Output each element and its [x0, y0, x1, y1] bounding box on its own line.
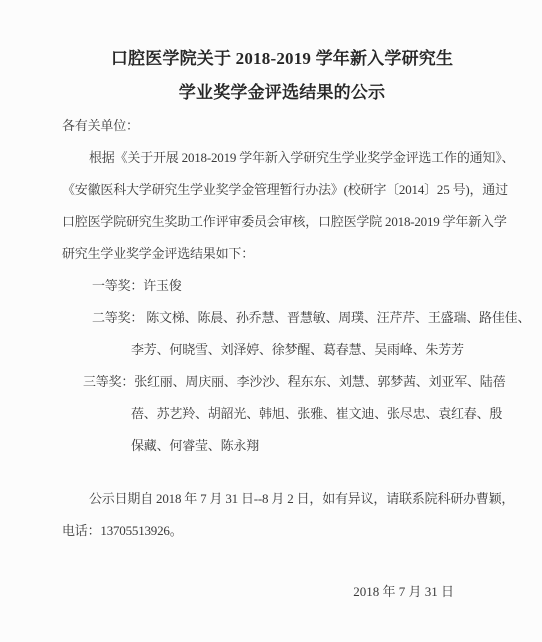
award-names-line: 保藏、何睿莹、陈永翔	[62, 430, 502, 462]
award-names-line: 蓓、苏艺羚、胡韶光、韩旭、张雅、崔文迪、张尽忠、袁红春、殷	[62, 398, 502, 430]
doc-title-line-2: 学业奖学金评选结果的公示	[62, 76, 502, 110]
doc-title-line-1: 口腔医学院关于 2018-2019 学年新入学研究生	[62, 42, 502, 76]
award-third-prize: 三等奖：张红丽、周庆丽、李沙沙、程东东、刘慧、郭梦茜、刘亚军、陆蓓 蓓、苏艺羚、…	[62, 366, 502, 462]
phone-line: 电话：13705513926。	[62, 515, 502, 547]
award-label: 三等奖：	[83, 374, 134, 389]
award-names-line: 张红丽、周庆丽、李沙沙、程东东、刘慧、郭梦茜、刘亚军、陆蓓	[134, 374, 505, 389]
award-names-line: 李芳、何晓雪、刘泽婷、徐梦醒、葛春慧、吴雨峰、朱芳芳	[62, 334, 502, 366]
award-names-line: 许玉俊	[143, 278, 181, 293]
doc-date: 2018 年 7 月 31 日	[62, 576, 502, 608]
notice-line: 公示日期自 2018 年 7 月 31 日--8 月 2 日，如有异议，请联系院…	[62, 483, 502, 515]
body-line: 《安徽医科大学研究生学业奖学金管理暂行办法》(校研字〔2014〕25 号)，通过	[62, 174, 502, 206]
announcement-document: 口腔医学院关于 2018-2019 学年新入学研究生 学业奖学金评选结果的公示 …	[0, 0, 542, 642]
award-names-line: 陈文梯、陈晨、孙乔慧、晋慧敏、周璞、汪芹芹、王盛瑞、路佳佳、	[143, 310, 530, 325]
body-line: 研究生学业奖学金评选结果如下：	[62, 238, 502, 270]
body-paragraph: 根据《关于开展 2018-2019 学年新入学研究生学业奖学金评选工作的通知》、…	[62, 142, 502, 270]
notice-paragraph: 公示日期自 2018 年 7 月 31 日--8 月 2 日，如有异议，请联系院…	[62, 483, 502, 547]
award-label: 一等奖：	[92, 278, 143, 293]
award-label: 二等奖：	[92, 310, 143, 325]
body-line: 根据《关于开展 2018-2019 学年新入学研究生学业奖学金评选工作的通知》、	[62, 142, 502, 174]
award-second-prize: 二等奖： 陈文梯、陈晨、孙乔慧、晋慧敏、周璞、汪芹芹、王盛瑞、路佳佳、 李芳、何…	[62, 302, 502, 366]
award-first-prize: 一等奖：许玉俊	[62, 270, 502, 302]
salutation: 各有关单位：	[62, 110, 502, 142]
body-line: 口腔医学院研究生奖助工作评审委员会审核，口腔医学院 2018-2019 学年新入…	[62, 206, 502, 238]
